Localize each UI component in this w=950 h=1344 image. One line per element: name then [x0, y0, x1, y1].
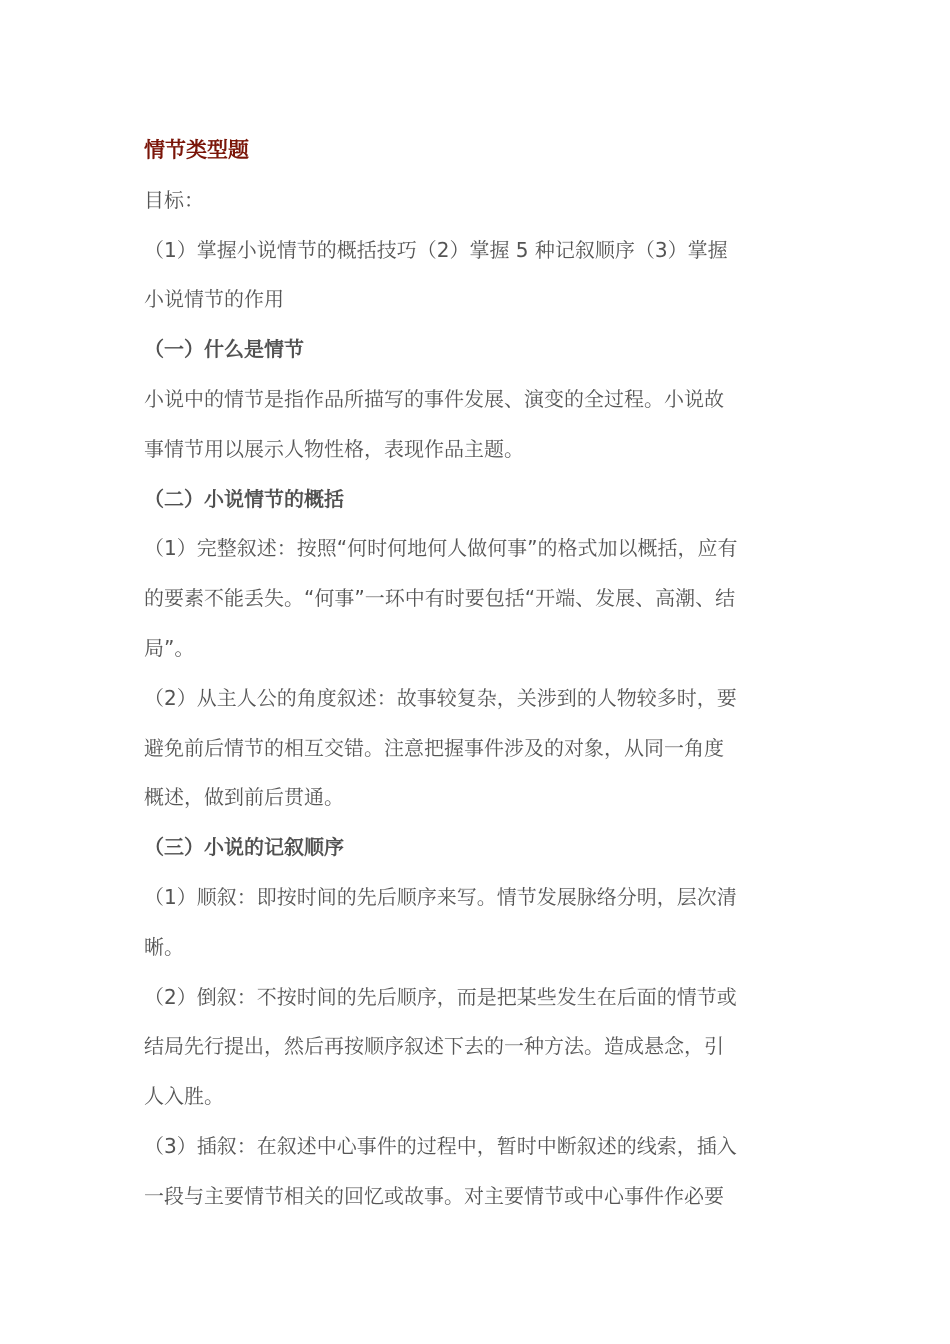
document-page: 情节类型题 目标： （1）掌握小说情节的概括技巧（2）掌握 5 种记叙顺序（3）… — [0, 0, 950, 1344]
paragraph-line: 概述，做到前后贯通。 — [144, 775, 808, 825]
objectives-text-line-2: 小说情节的作用 — [144, 277, 808, 327]
section-heading-narrative-order: （三）小说的记叙顺序 — [144, 825, 808, 875]
document-title: 情节类型题 — [144, 128, 808, 178]
paragraph-line: 事情节用以展示人物性格，表现作品主题。 — [144, 427, 808, 477]
paragraph-line: 人入胜。 — [144, 1074, 808, 1124]
paragraph-line: 晰。 — [144, 925, 808, 975]
objectives-label: 目标： — [144, 178, 808, 228]
paragraph-line: 局”。 — [144, 626, 808, 676]
paragraph-line: （3）插叙：在叙述中心事件的过程中，暂时中断叙述的线索，插入 — [144, 1124, 808, 1174]
paragraph-line: （1）顺叙：即按时间的先后顺序来写。情节发展脉络分明，层次清 — [144, 875, 808, 925]
paragraph-line: 的要素不能丢失。“何事”一环中有时要包括“开端、发展、高潮、结 — [144, 576, 808, 626]
section-heading-plot-summary: （二）小说情节的概括 — [144, 477, 808, 527]
objectives-text-line-1: （1）掌握小说情节的概括技巧（2）掌握 5 种记叙顺序（3）掌握 — [144, 228, 808, 278]
paragraph-line: 一段与主要情节相关的回忆或故事。对主要情节或中心事件作必要 — [144, 1174, 808, 1224]
paragraph-line: 结局先行提出，然后再按顺序叙述下去的一种方法。造成悬念，引 — [144, 1024, 808, 1074]
section-heading-what-is-plot: （一）什么是情节 — [144, 327, 808, 377]
paragraph-line: （2）倒叙：不按时间的先后顺序，而是把某些发生在后面的情节或 — [144, 975, 808, 1025]
document-body: 情节类型题 目标： （1）掌握小说情节的概括技巧（2）掌握 5 种记叙顺序（3）… — [144, 128, 808, 1224]
paragraph-line: 避免前后情节的相互交错。注意把握事件涉及的对象，从同一角度 — [144, 726, 808, 776]
paragraph-line: 小说中的情节是指作品所描写的事件发展、演变的全过程。小说故 — [144, 377, 808, 427]
paragraph-line: （2）从主人公的角度叙述：故事较复杂，关涉到的人物较多时，要 — [144, 676, 808, 726]
paragraph-line: （1）完整叙述：按照“何时何地何人做何事”的格式加以概括，应有 — [144, 526, 808, 576]
